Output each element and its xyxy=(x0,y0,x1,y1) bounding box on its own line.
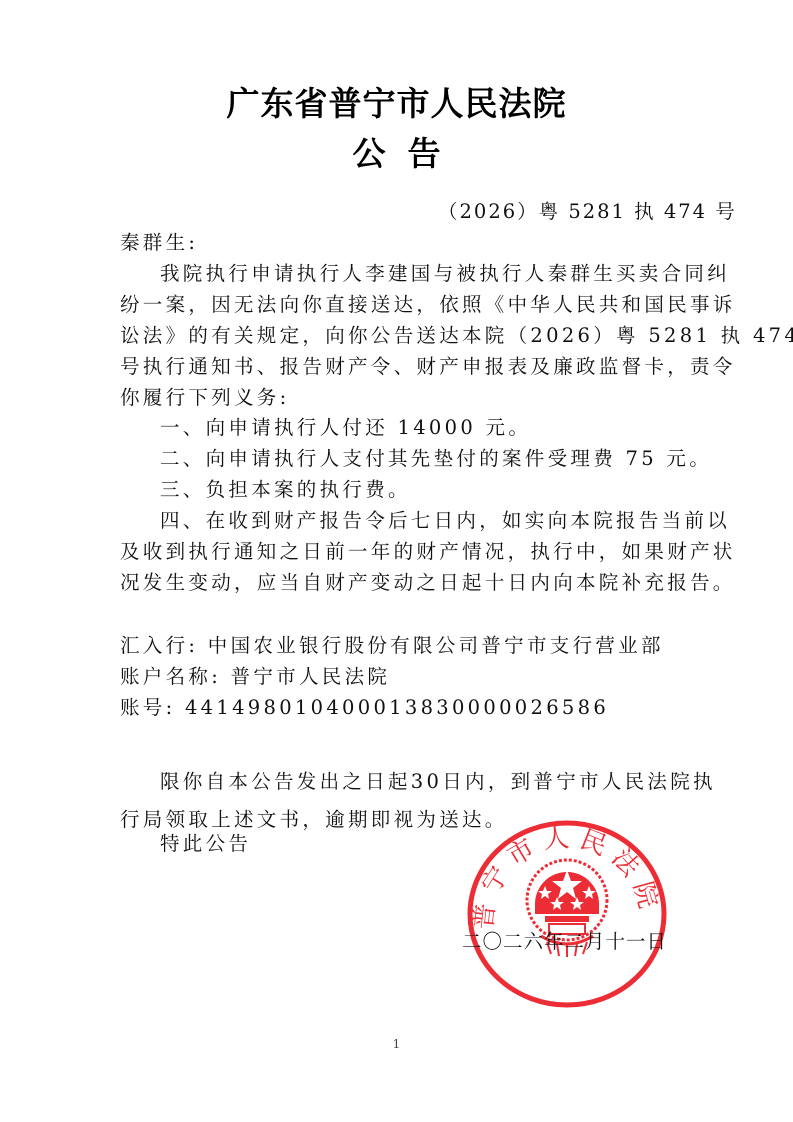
notice-body-paragraph: 我院执行申请执行人李建国与被执行人秦群生买卖合同纠 纷一案，因无法向你直接送达，… xyxy=(120,258,690,413)
court-name-title: 广东省普宁市人民法院 xyxy=(0,78,793,125)
account-name: 账户名称: 普宁市人民法院 xyxy=(120,661,690,692)
obligation-item: 三、负担本案的执行费。 xyxy=(120,474,690,505)
obligation-item: 一、向申请执行人付还 14000 元。 xyxy=(120,412,690,443)
body-line: 及收到执行通知之日前一年的财产情况，执行中，如果财产状 xyxy=(120,536,690,567)
closing-remark: 特此公告 xyxy=(160,832,251,856)
body-line: 限你自本公告发出之日起30日内，到普宁市人民法院执 xyxy=(120,763,690,801)
addressee: 秦群生: xyxy=(120,231,198,255)
body-line: 我院执行申请执行人李建国与被执行人秦群生买卖合同纠 xyxy=(120,258,690,289)
body-line: 讼法》的有关规定，向你公告送达本院（2026）粤 5281 执 474 xyxy=(120,320,690,351)
body-line: 况发生变动，应当自财产变动之日起十日内向本院补充报告。 xyxy=(120,567,690,598)
bank-info: 汇入行: 中国农业银行股份有限公司普宁市支行营业部 账户名称: 普宁市人民法院 … xyxy=(120,630,690,723)
obligation-item: 二、向申请执行人支付其先垫付的案件受理费 75 元。 xyxy=(120,443,690,474)
page-number: 1 xyxy=(0,1037,793,1051)
body-line: 四、在收到财产报告令后七日内，如实向本院报告当前以 xyxy=(120,505,690,536)
body-line: 你履行下列义务: xyxy=(120,382,690,413)
court-seal-icon: 普宁市人民法院 xyxy=(465,818,669,1010)
body-line: 号执行通知书、报告财产令、财产申报表及廉政监督卡，责令 xyxy=(120,351,690,382)
issue-date: 二〇二六年二月十一日 xyxy=(462,926,667,954)
notice-title: 公告 xyxy=(0,128,793,175)
body-line: 纷一案，因无法向你直接送达，依照《中华人民共和国民事诉 xyxy=(120,289,690,320)
account-number: 账号: 441498010400013830000026586 xyxy=(120,692,690,723)
remit-bank: 汇入行: 中国农业银行股份有限公司普宁市支行营业部 xyxy=(120,630,690,661)
obligations-list: 一、向申请执行人付还 14000 元。 二、向申请执行人支付其先垫付的案件受理费… xyxy=(120,412,690,505)
obligation-item-4: 四、在收到财产报告令后七日内，如实向本院报告当前以 及收到执行通知之日前一年的财… xyxy=(120,505,690,598)
case-number: （2026）粤 5281 执 474 号 xyxy=(438,200,737,224)
